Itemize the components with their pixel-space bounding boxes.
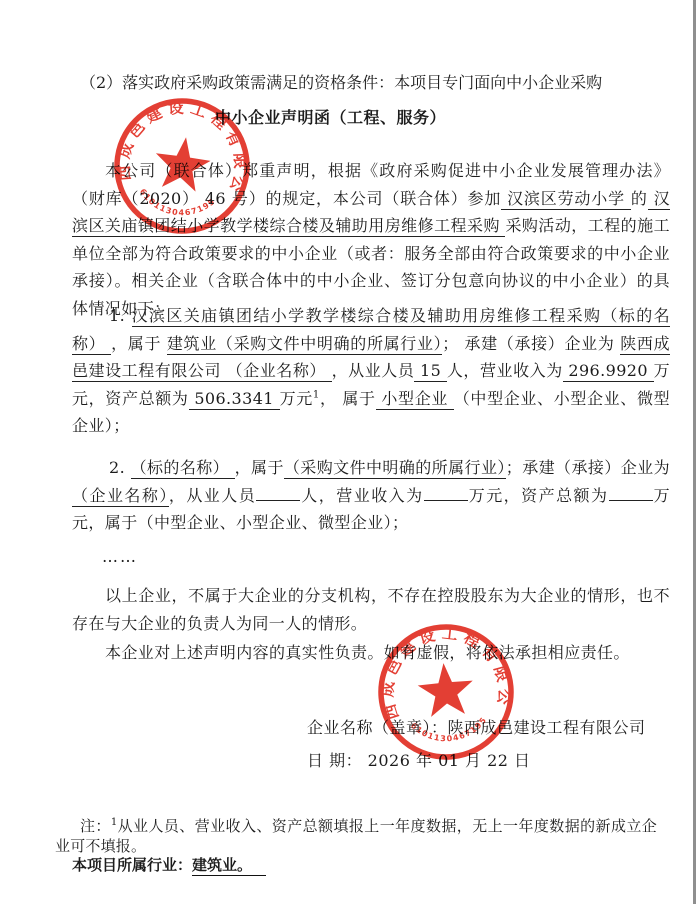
blank-assets-field [609, 485, 653, 501]
document-title: 中小企业声明函（工程、服务） [215, 105, 446, 131]
blank-revenue-field [424, 485, 468, 501]
item2-text-4: 人，营业收入为 [300, 486, 423, 505]
project-industry-line: 本项目所属行业：建筑业。 [72, 855, 266, 875]
note-body: 从业人员、营业收入、资产总额填报上一年度数据，无上一年度数据的新成立企业可不填报… [55, 817, 657, 855]
item-1-paragraph: 1. 汉滨区关庙镇团结小学教学楼综合楼及辅助用房维修工程采购（标的名称） ，属于… [72, 302, 670, 440]
signature-date-line: 日 期： 2026 年 01 月 22 日 [307, 747, 531, 775]
item1-text-3: ，从业人员 [332, 361, 415, 380]
item1-text-2: ； 承建（承接）企业为 [442, 334, 620, 353]
note-prefix: 注： [80, 817, 111, 835]
item-2-paragraph: 2. （标的名称） ，属于（采购文件中明确的所属行业）；承建（承接）企业为（企业… [72, 454, 670, 537]
blank-employees-field [256, 485, 300, 501]
ellipsis-line: …… [72, 543, 138, 571]
truthfulness-paragraph: 本企业对上述声明内容的真实性负责。如有虚假，将依法承担相应责任。 [72, 639, 670, 667]
item1-employees-underlined: 15 [414, 361, 446, 382]
footnote-paragraph: 注：1从业人员、营业收入、资产总额填报上一年度数据，无上一年度数据的新成立企业可… [55, 816, 657, 856]
purchaser-name-underlined: 汉滨区劳动小学 [501, 189, 631, 210]
item2-industry-underlined: （采购文件中明确的所属行业） [284, 458, 506, 479]
item2-text-5: 万元，资产总额为 [468, 486, 609, 505]
no-large-enterprise-paragraph: 以上企业，不属于大企业的分支机构，不存在控股股东为大企业的情形，也不存在与大企业… [72, 582, 670, 637]
item2-text-3: ，从业人员 [169, 486, 256, 505]
item1-text-6a: 万元 [280, 389, 313, 408]
signature-company-line: 企业名称（盖章）：陕西成邑建设工程有限公司 [307, 714, 646, 742]
item1-assets-underlined: 506.3341 [189, 389, 280, 410]
item2-number: 2. [109, 458, 131, 477]
declaration-paragraph: 本公司（联合体）郑重声明，根据《政府采购促进中小企业发展管理办法》（财库（202… [72, 157, 670, 322]
qualification-line: （2）落实政府采购政策需满足的资格条件：本项目专门面向中小企业采购 [72, 71, 682, 95]
seal-star-icon [416, 661, 476, 718]
item1-text-6b: ， 属于 [320, 389, 376, 408]
item2-text-2: ；承建（承接）企业为 [506, 458, 670, 477]
document-page: （2）落实政府采购政策需满足的资格条件：本项目专门面向中小企业采购 中小企业声明… [0, 0, 696, 904]
industry-label: 本项目所属行业： [72, 856, 192, 874]
item2-company-underlined: （企业名称） [72, 486, 169, 507]
footnote-marker: 1 [313, 389, 320, 400]
item1-industry-underlined: 建筑业（采购文件中明确的所属行业） [167, 334, 442, 355]
industry-value-underlined: 建筑业。 [192, 856, 266, 876]
item1-size-underlined: 小型企业 [376, 389, 454, 410]
item1-text-1: ，属于 [111, 334, 167, 353]
para1-text-2: 的 [631, 189, 648, 208]
item2-subject-underlined: （标的名称） [131, 458, 235, 479]
item2-text-1: ，属于 [235, 458, 284, 477]
item1-text-4: 人，营业收入为 [447, 361, 563, 380]
item1-revenue-underlined: 296.9920 [563, 361, 654, 382]
item1-number: 1. [109, 306, 132, 325]
